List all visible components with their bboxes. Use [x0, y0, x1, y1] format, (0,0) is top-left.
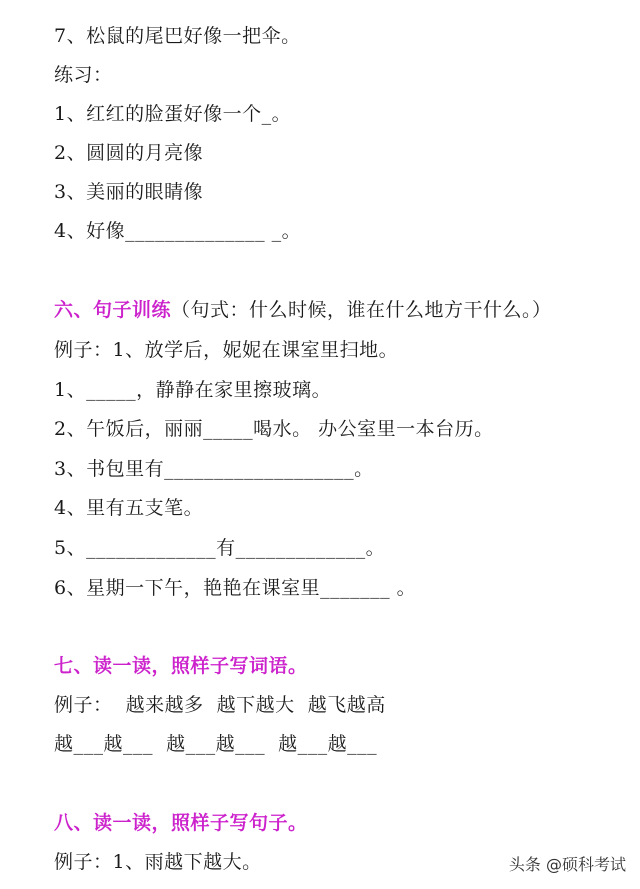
- section6-example: 例子：1、放学后，妮妮在课室里扫地。: [54, 338, 398, 362]
- section6-heading: 六、句子训练: [54, 299, 171, 321]
- practice-label: 练习：: [54, 63, 113, 87]
- practice-item-3: 3、美丽的眼睛像: [54, 180, 203, 204]
- section7-heading: 七、读一读，照样子写词语。: [54, 654, 308, 678]
- section6-item-1: 1、_____，静静在家里擦玻璃。: [54, 378, 331, 402]
- section6-pattern-note: （句式：什么时候，谁在什么地方干什么。）: [171, 299, 552, 321]
- practice-item-2: 2、圆圆的月亮像: [54, 141, 203, 165]
- section6-item-2: 2、午饭后，丽丽_____喝水。 办公室里一本台历。: [54, 417, 494, 441]
- section7-practice: 越___越___ 越___越___ 越___越___: [54, 732, 377, 756]
- practice-item-4: 4、好像______________ _。: [54, 219, 301, 243]
- section7-example: 例子： 越来越多 越下越大 越飞越高: [54, 693, 386, 717]
- section6-item-5: 5、_____________有_____________。: [54, 536, 385, 560]
- watermark: 头条 @硕科考试: [509, 852, 626, 875]
- example-sentence-7: 7、松鼠的尾巴好像一把伞。: [54, 24, 301, 48]
- section6-item-6: 6、星期一下午，艳艳在课室里_______ 。: [54, 576, 416, 600]
- section6-heading-row: 六、句子训练（句式：什么时候，谁在什么地方干什么。）: [54, 298, 552, 322]
- section8-heading: 八、读一读，照样子写句子。: [54, 811, 308, 835]
- section6-item-4: 4、里有五支笔。: [54, 496, 203, 520]
- section8-example: 例子：1、雨越下越大。: [54, 850, 262, 874]
- section6-item-3: 3、书包里有___________________。: [54, 457, 374, 481]
- practice-item-1: 1、红红的脸蛋好像一个_。: [54, 102, 291, 126]
